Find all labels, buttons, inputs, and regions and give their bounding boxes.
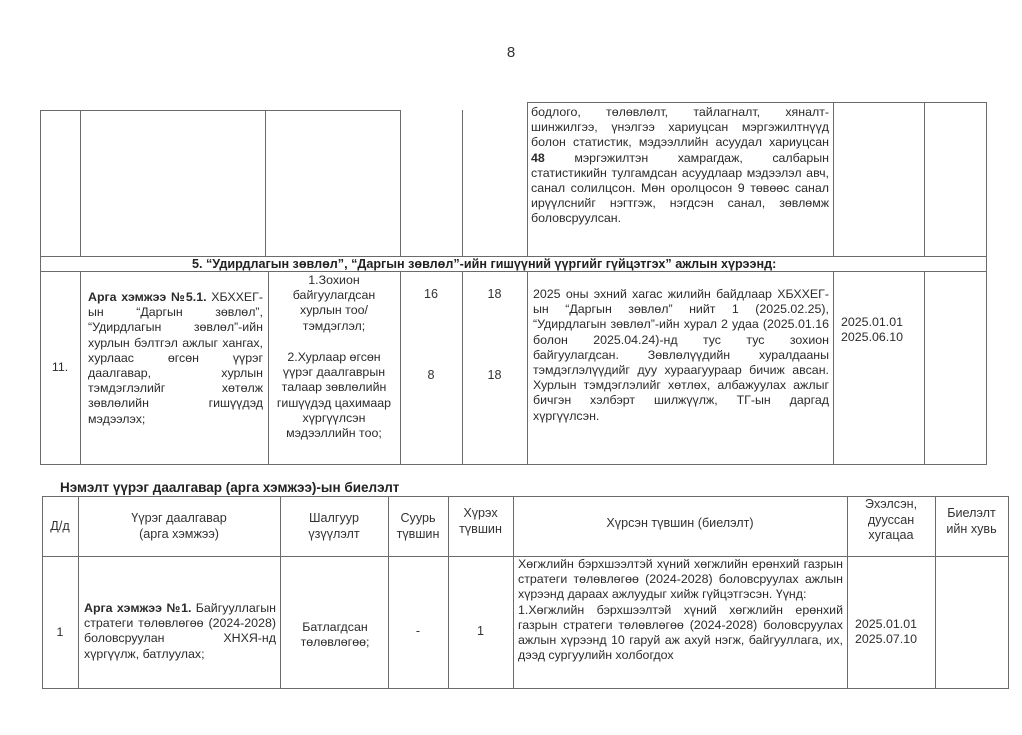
header-percent-line1: Биелэлт <box>935 506 1008 522</box>
header-baseline-line1: Суурь <box>388 511 448 527</box>
period: 2025.01.01 2025.06.10 <box>841 315 925 345</box>
header-target-line1: Хүрэх <box>448 506 513 522</box>
achieved-text: 2025 оны эхний хагас жилийн байдлаар ХБХ… <box>533 287 829 424</box>
header-task: Үүрэг даалгавар (арга хэмжээ) <box>78 511 280 542</box>
header-criteria-line1: Шалгуур <box>280 511 388 527</box>
measure-title: Арга хэмжээ №5.1. <box>88 290 207 304</box>
target: 1 <box>448 624 513 639</box>
continuation-count: 48 <box>531 151 545 165</box>
header-index: Д/д <box>42 519 78 535</box>
lower-section-title: Нэмэлт үүрэг даалгавар (арга хэмжээ)-ын … <box>60 480 399 495</box>
header-baseline-line2: түвшин <box>388 527 448 543</box>
continuation-text-part1: бодлого, төлөвлөлт, тайлагналт, хяналт-ш… <box>531 105 829 149</box>
target-2: 18 <box>462 368 527 383</box>
measure-title: Арга хэмжээ №1. <box>84 601 191 615</box>
achieved-text: Хөгжлийн бэрхшээлтэй хүний хөгжлийн ерөн… <box>518 557 843 687</box>
baseline-2: 8 <box>400 368 462 383</box>
page-number: 8 <box>0 44 1022 61</box>
header-target-line2: түвшин <box>448 522 513 538</box>
criteria: Батлагдсан төлөвлөгөө; <box>290 620 380 650</box>
criteria-1: 1.Зохион байгуулагдсан хурлын тоо/тэмдэг… <box>272 273 396 334</box>
header-period-line3: хугацаа <box>847 528 935 544</box>
target-1: 18 <box>462 287 527 302</box>
header-baseline: Суурь түвшин <box>388 511 448 542</box>
period-end: 2025.06.10 <box>841 330 925 345</box>
continuation-text-part2: мэргэжилтэн хамрагдаж, салбарын статисти… <box>531 151 829 226</box>
measure-description: Арга хэмжээ №5.1. ХБХХЕГ-ын “Даргын зөвл… <box>88 290 263 427</box>
header-period: Эхэлсэн, дууссан хугацаа <box>847 497 935 544</box>
header-period-line2: дууссан <box>847 513 935 529</box>
row-index: 1 <box>42 625 78 640</box>
header-criteria-line2: үзүүлэлт <box>280 527 388 543</box>
baseline: - <box>388 624 448 639</box>
continued-achievement-text: бодлого, төлөвлөлт, тайлагналт, хяналт-ш… <box>531 105 829 227</box>
header-percent: Биелэлт ийн хувь <box>935 506 1008 537</box>
criteria-2: 2.Хурлаар өгсөн үүрэг даалгаврын талаар … <box>272 350 396 441</box>
period: 2025.01.01 2025.07.10 <box>855 617 935 647</box>
period-start: 2025.01.01 <box>841 315 925 330</box>
header-task-line2: (арга хэмжээ) <box>78 527 280 543</box>
period-start: 2025.01.01 <box>855 617 935 632</box>
measure-text: ХБХХЕГ-ын “Даргын зөвлөл”, “Удирдлагын з… <box>88 290 263 426</box>
baseline-1: 16 <box>400 287 462 302</box>
header-period-line1: Эхэлсэн, <box>847 497 935 513</box>
period-end: 2025.07.10 <box>855 632 935 647</box>
header-target: Хүрэх түвшин <box>448 506 513 537</box>
measure-description: Арга хэмжээ №1. Байгууллагын стратеги тө… <box>84 601 276 662</box>
header-percent-line2: ийн хувь <box>935 522 1008 538</box>
header-achieved: Хүрсэн түвшин (биелэлт) <box>513 516 847 532</box>
header-task-line1: Үүрэг даалгавар <box>78 511 280 527</box>
header-criteria: Шалгуур үзүүлэлт <box>280 511 388 542</box>
row-index: 11. <box>40 360 80 375</box>
section-heading: 5. “Удирдлагын зөвлөл”, “Даргын зөвлөл”-… <box>192 257 776 271</box>
